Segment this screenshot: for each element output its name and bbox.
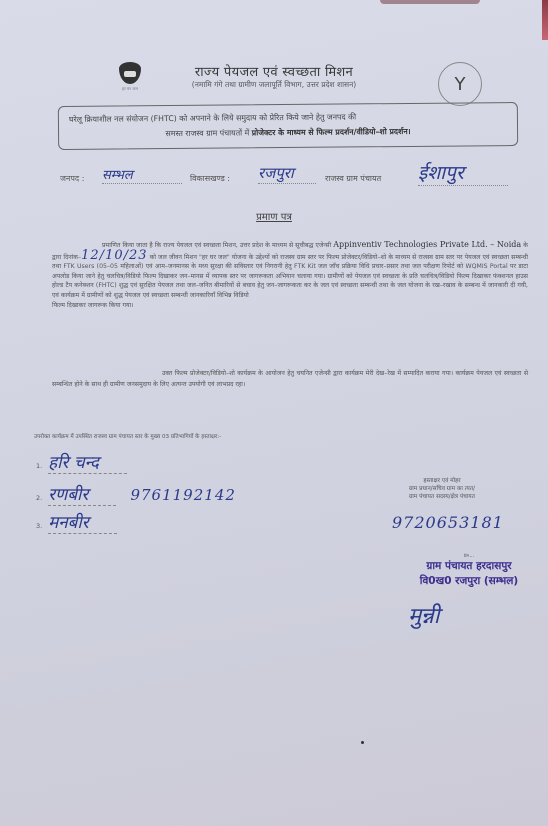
photo-shadow bbox=[380, 0, 480, 4]
authority-label-line-3: ग्राम पंचायत सदस्य/क्षेत्र पंचायत bbox=[372, 493, 512, 501]
signatories-intro: उपरोक्त कार्यक्रम में उपस्थित राजस्व ग्र… bbox=[34, 434, 334, 442]
signatory-number: 1. bbox=[36, 462, 46, 470]
location-fields: जनपद : सम्भल विकासखण्ड : रजपुरा राजस्व ग… bbox=[60, 165, 520, 189]
gram-panchayat-label: राजस्व ग्राम पंचायत bbox=[325, 173, 381, 184]
janpad-label: जनपद : bbox=[60, 173, 84, 184]
signatory-signature: रणबीर bbox=[48, 485, 116, 506]
signatory-row: 1. हरि चन्द bbox=[36, 450, 127, 473]
authority-phone: 9720653181 bbox=[392, 513, 504, 532]
paper-speck bbox=[361, 741, 364, 744]
authority-label-line-1: हस्ताक्षर एवं मोहर bbox=[372, 477, 512, 485]
signatory-number: 3. bbox=[36, 522, 46, 530]
vikaskhand-label: विकासखण्ड : bbox=[190, 173, 230, 184]
para1-part-d: फिल्म दिखाकर जागरूक किया गया। bbox=[52, 301, 528, 311]
authority-label: हस्ताक्षर एवं मोहर ग्राम प्रधान/सचिव ग्र… bbox=[372, 477, 512, 501]
authority-label-line-2: ग्राम प्रधान/सचिव ग्राम का त्यत/ bbox=[372, 485, 512, 493]
mission-subtitle: (नमामि गंगे तथा ग्रामीण जलापूर्ति विभाग,… bbox=[0, 80, 548, 90]
authority-signature: मुन्नी bbox=[408, 600, 439, 630]
program-banner: घरेलू क्रियाशील नल संयोजन (FHTC) को अपना… bbox=[58, 102, 518, 150]
certificate-title: प्रमाण पत्र bbox=[0, 209, 548, 223]
gram-panchayat-value: ईशापुर bbox=[418, 159, 508, 186]
vikaskhand-value: रजपुरा bbox=[258, 163, 316, 184]
program-date: 12/10/23 bbox=[81, 248, 147, 263]
stamp-line-1: ग्राम पंचायत हरदासपुर bbox=[394, 559, 544, 574]
certificate-page: हर घर जल Y राज्य पेयजल एवं स्वच्छता मिशन… bbox=[0, 0, 548, 826]
banner-line-2-bold: प्रोजेक्टर के माध्यम से फिल्म प्रदर्शन/व… bbox=[252, 127, 411, 137]
certificate-paragraph-2: उक्त फिल्म प्रोजेक्टर/विडियो–शो कार्यक्र… bbox=[52, 368, 528, 390]
signatory-row: 2. रणबीर 9761192142 bbox=[36, 482, 236, 505]
agency-name: Appinventiv Technologies Private Ltd. – … bbox=[333, 240, 521, 249]
janpad-value: सम्भल bbox=[102, 165, 182, 184]
certificate-paragraph-1: प्रमाणित किया जाता है कि राज्य पेयजल एवं… bbox=[52, 240, 528, 310]
panchayat-stamp: प्र०... ग्राम पंचायत हरदासपुर वि0ख0 रजपु… bbox=[394, 553, 544, 589]
signatory-row: 3. मनबीर bbox=[36, 510, 117, 533]
signatory-signature: हरि चन्द bbox=[48, 453, 127, 474]
signatory-signature: मनबीर bbox=[48, 513, 117, 534]
signatory-number: 2. bbox=[36, 494, 46, 502]
para2-text: उक्त फिल्म प्रोजेक्टर/विडियो–शो कार्यक्र… bbox=[52, 368, 528, 390]
banner-line-2-prefix: समस्त राजस्व ग्राम पंचायतों में bbox=[165, 128, 251, 138]
photo-edge bbox=[542, 0, 548, 40]
stamp-line-2: वि0ख0 रजपुरा (सम्भल) bbox=[394, 574, 544, 589]
mission-title: राज्य पेयजल एवं स्वच्छता मिशन bbox=[0, 62, 548, 80]
signatory-phone: 9761192142 bbox=[130, 486, 235, 504]
